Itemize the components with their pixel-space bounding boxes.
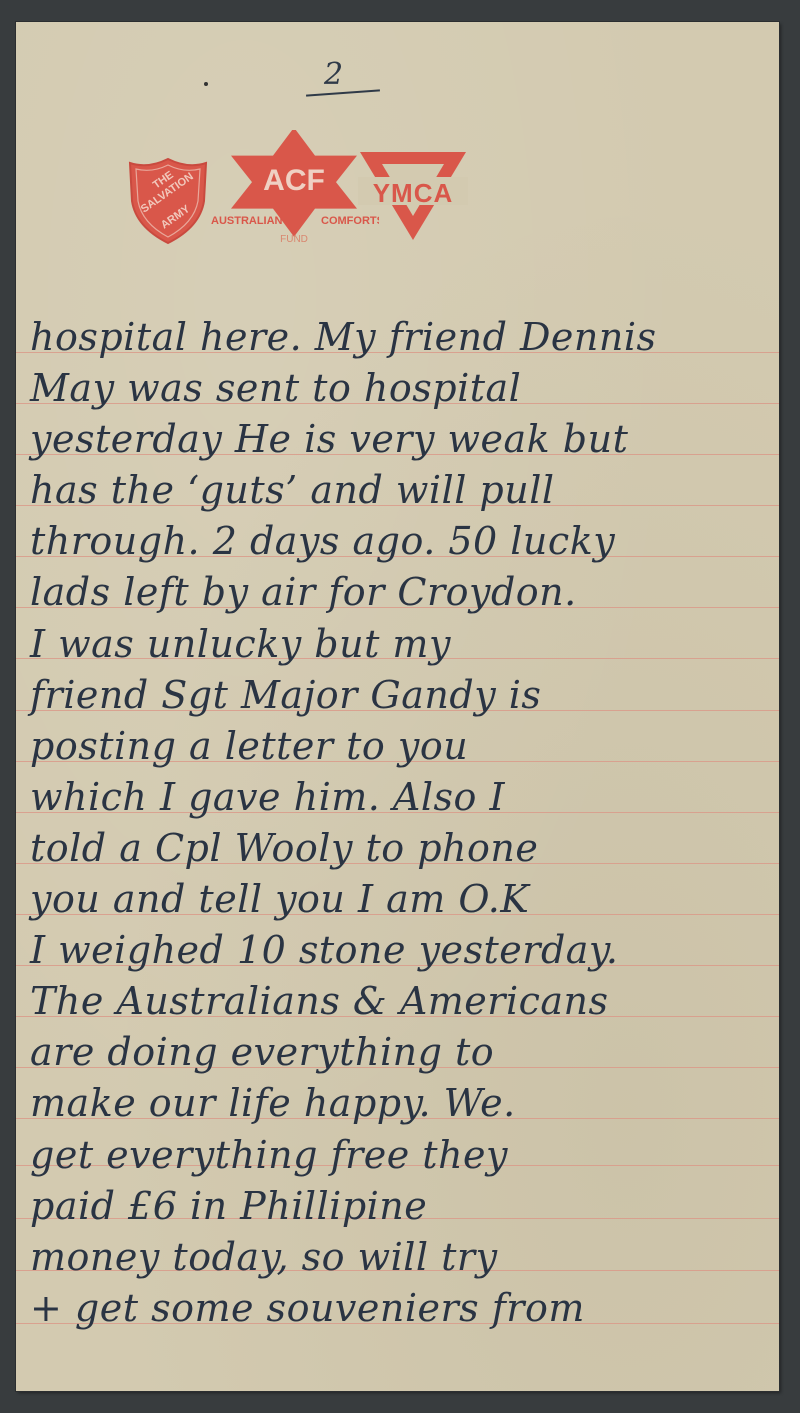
handwritten-line: told a Cpl Wooly to phone <box>30 823 770 874</box>
handwritten-line: friend Sgt Major Gandy is <box>30 670 770 721</box>
handwritten-line: money today, so will try <box>30 1232 770 1283</box>
handwritten-line: paid £6 in Phillipine <box>30 1181 770 1232</box>
handwritten-line: I weighed 10 stone yesterday. <box>30 925 770 976</box>
handwritten-line: get everything free they <box>30 1130 770 1181</box>
handwritten-line: lads left by air for Croydon. <box>30 567 770 618</box>
handwritten-line: are doing everything to <box>30 1027 770 1078</box>
handwritten-line: has the ‘guts’ and will pull <box>30 465 770 516</box>
handwritten-line: I was unlucky but my <box>30 619 770 670</box>
handwritten-line: hospital here. My friend Dennis <box>30 312 770 363</box>
letter-body: hospital here. My friend Dennis May was … <box>30 304 770 1326</box>
letter-page: 2 THE SALVATION ARMY ACF AUSTRALIAN COMF… <box>16 22 779 1391</box>
handwritten-line: + get some souveniers from <box>30 1283 770 1334</box>
handwritten-line: which I gave him. Also I <box>30 772 770 823</box>
handwritten-line: The Australians & Americans <box>30 976 770 1027</box>
handwritten-line: you and tell you I am O.K <box>30 874 770 925</box>
handwritten-line: posting a letter to you <box>30 721 770 772</box>
handwritten-line: May was sent to hospital <box>30 363 770 414</box>
handwritten-line: through. 2 days ago. 50 lucky <box>30 516 770 567</box>
handwritten-line: yesterday He is very weak but <box>30 414 770 465</box>
handwritten-line: make our life happy. We. <box>30 1078 770 1129</box>
